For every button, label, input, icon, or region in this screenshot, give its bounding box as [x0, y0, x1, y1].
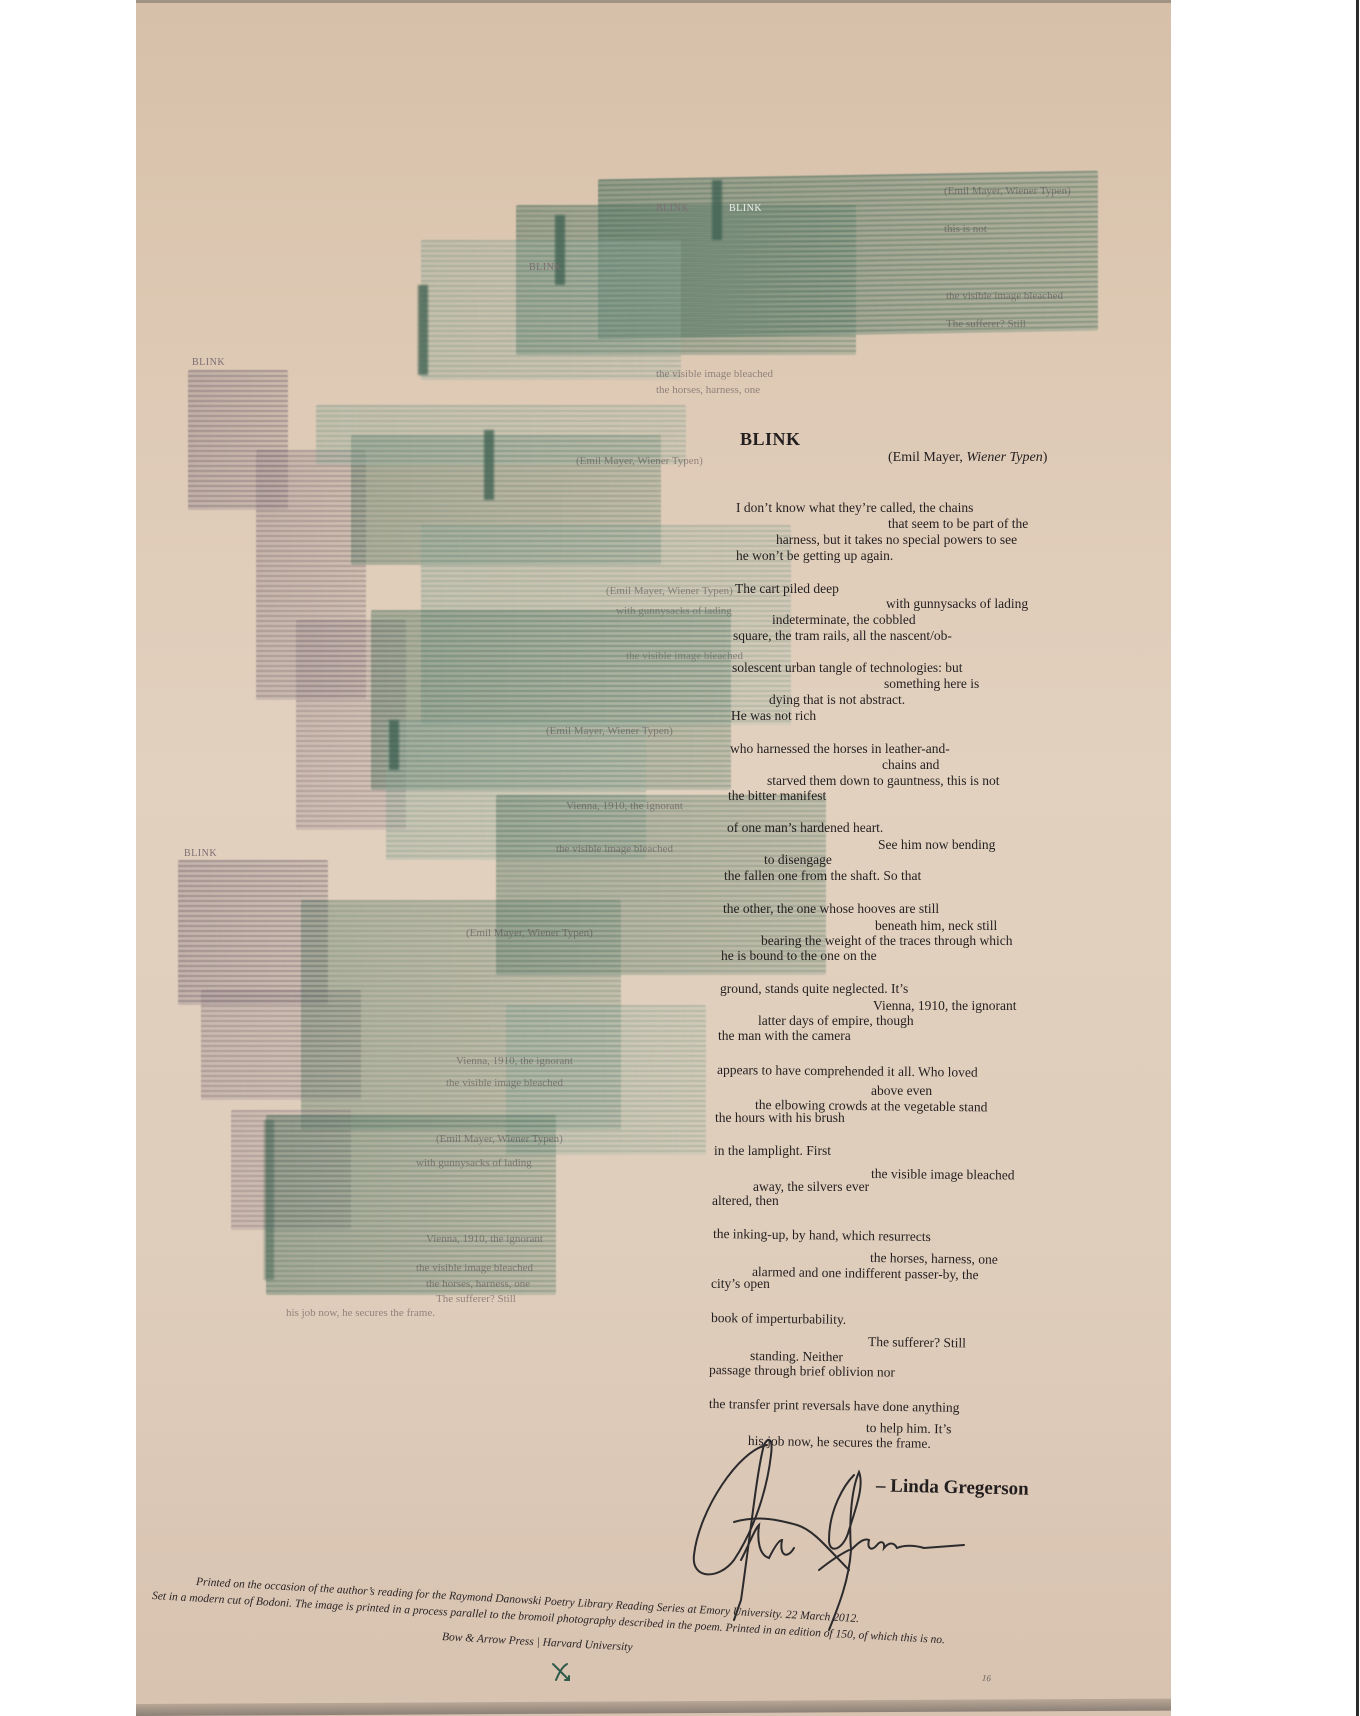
bow-and-arrow-icon — [550, 1661, 572, 1683]
frame-edge — [1356, 0, 1359, 1716]
colophon-line-press: Bow & Arrow Press | Harvard University — [442, 1631, 633, 1654]
broadside-sheet: BLINK BLINK BLINK (Emil Mayer, Wiener Ty… — [136, 0, 1171, 1716]
colophon: Printed on the occasion of the author’s … — [136, 0, 1171, 1716]
edition-number: 16 — [982, 1673, 992, 1684]
